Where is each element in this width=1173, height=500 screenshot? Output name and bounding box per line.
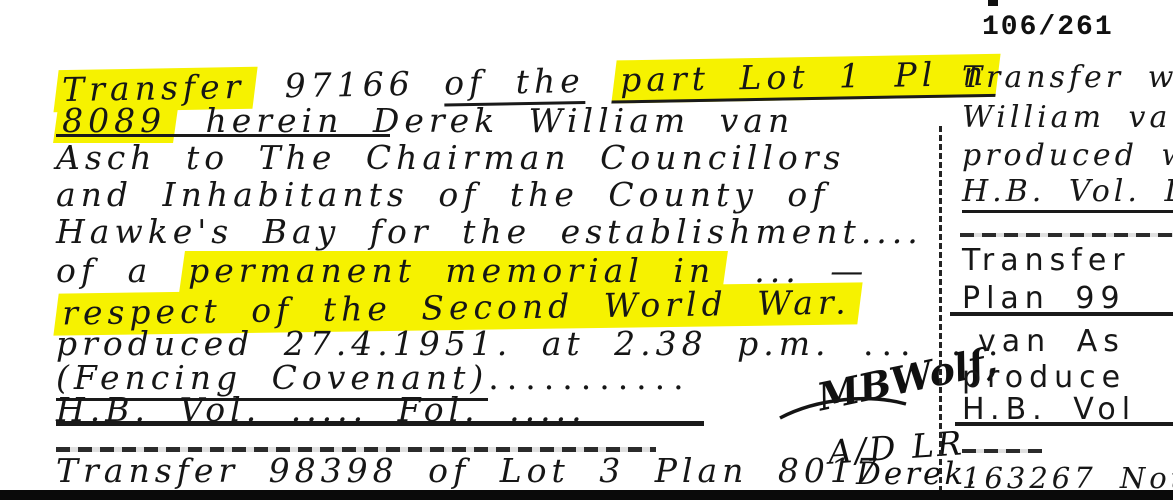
entry-line-4: and Inhabitants of the County of [56,176,830,214]
entry-line-3: Asch to The Chairman Councillors [56,139,845,177]
page-number: 106/261 [982,12,1114,43]
scan-edge-bar [0,490,1173,500]
right-col-line-4-text: H.B. Vol. L [962,174,1173,213]
entry-line-5: Hawke's Bay for the establishment.... [56,213,923,251]
underline-8089 [56,134,390,137]
entry-line-11-lot-plan: of Lot 3 Plan 8017 [428,451,882,494]
right-col-line-8: produce [962,360,1126,396]
right-col-underline-plan [950,312,1173,316]
entry-line-1-number: 97166 [255,63,445,105]
right-col-line-4: H.B. Vol. L [962,174,1173,210]
spacer [584,60,614,100]
right-col-dashed-rule-2 [962,449,1042,453]
entry-line-11-transfer: Transfer 98398 [56,451,428,490]
underline-vol-fol [56,421,704,426]
right-col-dashed-rule-1 [960,233,1173,237]
right-col-line-1: Transfer w [962,60,1173,96]
right-col-underline-vol [955,422,1173,426]
entry-line-6-highlighted: permanent memorial in [188,252,715,290]
signature-flourish [778,392,910,422]
ink-speck [988,0,998,6]
column-divider-line [939,126,942,492]
entry-line-11: Transfer 98398 of Lot 3 Plan 8017 [56,452,882,490]
right-col-line-5: Transfer [962,243,1131,279]
right-col-line-7: van As [978,324,1125,360]
next-entry-derek: Derek. [856,456,979,492]
right-col-line-2: William va [962,100,1171,136]
entry-line-1-of-the: of the [444,61,585,106]
entry-line-6-lead: of a [56,251,182,290]
right-col-line-3: produced w [962,138,1173,174]
scanned-register-page: 106/261 Transfer 97166 of the part Lot 1… [0,0,1173,500]
